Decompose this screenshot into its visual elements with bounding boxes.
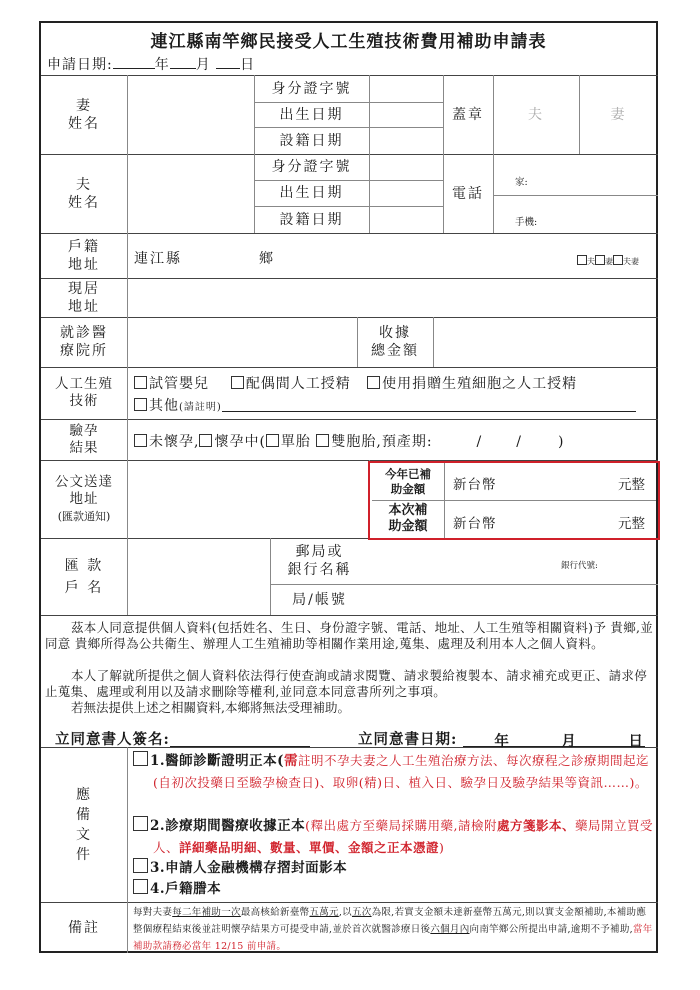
divider [41, 615, 658, 616]
mail-address-label-line1: 公文送達 [55, 474, 113, 491]
pregnancy-label-line1: 驗孕 [70, 423, 99, 440]
husband-checkbox[interactable] [577, 255, 587, 265]
art-label: 人工生殖 技術 [41, 367, 127, 419]
application-month-field[interactable] [170, 68, 196, 69]
this-year-label-line2: 助金額 [391, 482, 426, 497]
doc2-title: 診療期間醫療收據正本 [165, 818, 305, 834]
remarks-text: 每對夫妻每二年補助一次最高核給新臺幣五萬元,以五次為限,若實支金額未達新臺幣五萬… [133, 904, 655, 955]
account-number-label: 局/帳號 [270, 584, 369, 615]
this-year-unit: 元整 [618, 473, 645, 493]
doc2-note: ) [439, 840, 444, 855]
wife-registration-date-label: 設籍日期 [254, 127, 369, 154]
close-paren: ) [558, 434, 564, 450]
application-year-field[interactable] [113, 68, 155, 69]
husband-id-field[interactable] [370, 155, 442, 179]
single-label: 單胎 [281, 434, 311, 450]
divider [41, 367, 658, 368]
document-item-4: 4.戶籍謄本 [133, 879, 221, 900]
mail-address-label-line3: (匯款通知) [58, 508, 111, 525]
signature-field[interactable] [170, 732, 310, 747]
husband-name-label: 夫 姓名 [41, 154, 127, 233]
current-address-label-line1: 現居 [68, 280, 100, 298]
mail-address-label-line2: 地址 [70, 491, 99, 508]
consent-date-field[interactable]: 年 月 日 [463, 730, 645, 747]
household-address-label-line1: 戶籍 [68, 238, 100, 256]
current-label-line2: 助金額 [388, 519, 427, 535]
doc1-title: 醫師診斷證明正本( [165, 753, 284, 769]
current-address-label: 現居 地址 [41, 278, 127, 317]
date-separator: / [477, 434, 483, 450]
consent-month-label: 月 [561, 730, 577, 751]
bank-code-label: 銀行代號: [561, 559, 598, 571]
wife-seal-field[interactable]: 妻 [579, 75, 658, 154]
husband-label-line2: 姓名 [68, 194, 100, 212]
ivf-label: 試管嬰兒 [149, 376, 209, 392]
doc2-number: 2. [150, 818, 165, 834]
this-year-label-line1: 今年已補 [385, 467, 431, 482]
remarks-text-segment: 最高核給新臺幣 [241, 907, 310, 918]
wife-birthdate-label: 出生日期 [254, 102, 369, 127]
document-item-1: 1.醫師診斷證明正本(需註明不孕夫妻之人工生殖治療方法、每次療程之診療期間起迄(… [133, 750, 655, 794]
wife-name-label: 妻 姓名 [41, 75, 127, 154]
wife-option-label: 妻 [605, 257, 613, 266]
mail-address-label: 公文送達 地址 (匯款通知) [41, 460, 127, 538]
art-other-row: 其他(請註明) [134, 395, 636, 415]
consent-day-label: 日 [628, 730, 644, 751]
remarks-label: 備註 [41, 902, 127, 953]
signature-row: 立同意書人簽名: [55, 728, 310, 749]
home-phone-label: 家: [515, 174, 528, 188]
other-specify-field[interactable] [222, 397, 636, 412]
consent-paragraph-2: 本人了解就所提供之個人資料依法得行使查詢或請求閱覽、請求製給複製本、請求補充或更… [45, 668, 655, 700]
doc-label-char: 件 [76, 845, 92, 865]
divider [41, 419, 658, 420]
other-checkbox[interactable] [134, 398, 147, 411]
signature-label: 立同意書人簽名: [55, 731, 170, 748]
twins-due-date-label: 雙胞胎,預產期: [331, 434, 432, 450]
divider [41, 233, 658, 234]
remarks-underlined-segment: 六個月內 [430, 924, 469, 935]
spousal-insemination-checkbox[interactable] [231, 376, 244, 389]
application-day-field[interactable] [216, 68, 240, 69]
remittance-account-name-label: 匯 款 戶 名 [41, 538, 127, 615]
remarks-text-segment: 向南竿鄉公所提出申請,逾期不予補助, [470, 924, 633, 935]
day-label: 日 [240, 57, 255, 73]
month-label: 月 [196, 57, 211, 73]
spousal-insemination-label: 配偶間人工授精 [246, 376, 351, 392]
receipt-total-field[interactable] [434, 318, 656, 366]
consent-date-row: 立同意書日期: 年 月 日 [358, 728, 645, 749]
doc-label-char: 備 [76, 805, 92, 825]
divider [127, 747, 128, 953]
divider [493, 195, 658, 196]
husband-birthdate-label: 出生日期 [254, 180, 369, 206]
wife-name-field[interactable] [128, 76, 253, 153]
pregnancy-label-line2: 結果 [70, 440, 99, 457]
wife-id-label: 身分證字號 [254, 75, 369, 102]
consent-paragraph-1: 茲本人同意提供個人資料(包括姓名、生日、身份證字號、電話、地址、人工生殖等相關資… [45, 620, 655, 652]
remarks-underlined-segment: 五次 [352, 907, 372, 918]
application-form: 連江縣南竿鄉民接受人工生殖技術費用補助申請表 申請日期:年月 日 妻 姓名 身分… [39, 21, 658, 953]
receipt-total-label: 收據 總金額 [357, 317, 433, 367]
application-date-label: 申請日期: [47, 57, 113, 73]
phone-label: 電話 [443, 154, 493, 233]
remittance-label-line2: 戶 名 [65, 577, 103, 599]
not-pregnant-checkbox[interactable] [134, 434, 147, 447]
document-item-2: 2.診療期間醫療收據正本(釋出處方至藥局採購用藥,請檢附處方箋影本、藥局開立買受… [133, 815, 655, 859]
pregnant-label: 懷孕中( [214, 434, 265, 450]
current-subsidy-label: 本次補 助金額 [372, 501, 444, 537]
remittance-account-name-field[interactable] [128, 539, 269, 614]
doc2-note: (釋出處方至藥局採購用藥,請檢附 [305, 818, 497, 833]
wife-id-field[interactable] [370, 76, 442, 101]
other-label: 其他 [149, 398, 179, 414]
doc2-note-emphasis: 處方箋影本、 [497, 818, 575, 833]
remarks-underlined-segment: 每二年補助一次 [172, 907, 241, 918]
pregnancy-label: 驗孕 結果 [41, 419, 127, 460]
home-phone-field[interactable] [536, 156, 656, 194]
mail-address-field[interactable] [128, 461, 368, 537]
form-title: 連江縣南竿鄉民接受人工生殖技術費用補助申請表 [41, 26, 656, 52]
required-documents-label: 應 備 文 件 [41, 747, 127, 902]
mobile-phone-label: 手機: [515, 214, 537, 228]
wife-checkbox[interactable] [595, 255, 605, 265]
art-options-row: 試管嬰兒 配偶間人工授精 使用捐贈生殖細胞之人工授精 [134, 373, 577, 393]
doc-label-char: 文 [76, 825, 92, 845]
consent-paragraph-3: 若無法提供上述之相關資料,本鄉將無法受理補助。 [45, 700, 655, 716]
bank-label-line2: 銀行名稱 [288, 561, 352, 579]
not-pregnant-label: 未懷孕, [149, 434, 199, 450]
current-currency: 新台幣 [453, 512, 497, 532]
wife-label-line2: 姓名 [68, 115, 100, 133]
this-year-subsidy-label: 今年已補 助金額 [372, 464, 444, 500]
husband-seal-field[interactable]: 夫 [493, 75, 579, 154]
consent-date-label: 立同意書日期: [358, 731, 457, 748]
receipt-label-line1: 收據 [379, 324, 411, 342]
current-label-line1: 本次補 [388, 503, 427, 519]
husband-birthdate-field[interactable] [370, 181, 442, 205]
bank-label-line1: 郵局或 [296, 543, 344, 561]
remarks-text-segment: ,以 [339, 907, 352, 918]
husband-option-label: 夫 [587, 257, 595, 266]
husband-registration-date-label: 設籍日期 [254, 206, 369, 233]
husband-id-label: 身分證字號 [254, 154, 369, 180]
clinic-label: 就診醫 療院所 [41, 317, 127, 367]
current-address-field[interactable] [128, 279, 656, 316]
this-year-amount-field[interactable] [501, 466, 611, 498]
art-label-line2: 技術 [70, 393, 99, 410]
bank-name-label: 郵局或 銀行名稱 [270, 538, 369, 584]
household-address-label-line2: 地址 [68, 256, 100, 274]
township-text: 鄉 [259, 248, 273, 268]
household-owner-options: 夫妻夫妻 [577, 255, 639, 267]
current-unit: 元整 [618, 512, 645, 532]
doc3-title: 申請人金融機構存摺封面影本 [165, 860, 347, 876]
doc2-note-emphasis: 詳細藥品明細、數量、單價、金額之正本憑證 [179, 840, 439, 855]
remittance-label-line1: 匯 款 [65, 555, 103, 577]
pregnancy-options: 未懷孕,懷孕中(單胎 雙胞胎,預產期://) [134, 431, 564, 451]
this-year-currency: 新台幣 [453, 473, 497, 493]
current-amount-field[interactable] [501, 503, 611, 535]
donor-insemination-checkbox[interactable] [367, 376, 380, 389]
doc1-number: 1. [150, 753, 165, 769]
pregnant-checkbox[interactable] [199, 434, 212, 447]
single-checkbox[interactable] [266, 434, 279, 447]
husband-registration-date-field[interactable] [370, 207, 442, 232]
doc3-checkbox[interactable] [133, 858, 148, 873]
twins-checkbox[interactable] [316, 434, 329, 447]
application-date: 申請日期:年月 日 [47, 54, 255, 74]
doc3-number: 3. [150, 860, 165, 876]
husband-label-line1: 夫 [76, 176, 92, 194]
household-address-label: 戶籍 地址 [41, 233, 127, 278]
ivf-checkbox[interactable] [134, 376, 147, 389]
document-item-3: 3.申請人金融機構存摺封面影本 [133, 858, 347, 879]
bank-name-field[interactable] [370, 539, 550, 583]
seal-label: 蓋章 [443, 75, 493, 154]
art-label-line1: 人工生殖 [55, 376, 113, 393]
remarks-text-segment: 每對夫妻 [133, 907, 172, 918]
clinic-label-line1: 就診醫 [60, 324, 108, 342]
doc4-number: 4. [150, 881, 165, 897]
doc4-checkbox[interactable] [133, 879, 148, 894]
other-note: (請註明) [179, 402, 222, 413]
couple-option-label: 夫妻 [623, 257, 639, 266]
clinic-label-line2: 療院所 [60, 342, 108, 360]
consent-year-label: 年 [494, 730, 510, 751]
couple-checkbox[interactable] [613, 255, 623, 265]
husband-name-field[interactable] [128, 155, 253, 232]
receipt-label-line2: 總金額 [371, 342, 419, 360]
doc4-title: 戶籍謄本 [165, 881, 221, 897]
doc2-checkbox[interactable] [133, 816, 148, 831]
year-label: 年 [155, 57, 170, 73]
remarks-underlined-segment: 五萬元 [309, 907, 338, 918]
divider [41, 902, 658, 903]
donor-insemination-label: 使用捐贈生殖細胞之人工授精 [382, 376, 577, 392]
account-number-field[interactable] [370, 585, 656, 614]
mobile-phone-field[interactable] [546, 197, 656, 232]
wife-label-line1: 妻 [76, 97, 92, 115]
doc1-note-emphasis: 需 [284, 753, 298, 769]
date-separator: / [516, 434, 522, 450]
wife-birthdate-field[interactable] [370, 103, 442, 126]
wife-registration-date-field[interactable] [370, 128, 442, 153]
county-text: 連江縣 [134, 248, 182, 268]
doc1-checkbox[interactable] [133, 751, 148, 766]
current-address-label-line2: 地址 [68, 298, 100, 316]
doc-label-char: 應 [76, 785, 92, 805]
clinic-field[interactable] [128, 318, 356, 366]
